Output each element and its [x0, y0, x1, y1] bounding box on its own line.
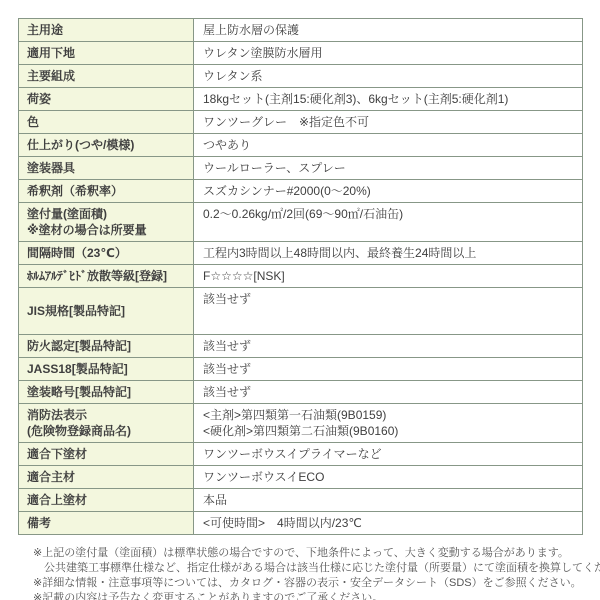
table-row: 塗装略号[製品特記] 該当せず: [19, 381, 583, 404]
spec-label: 適合主材: [27, 469, 189, 485]
spec-value: ウールローラー、スプレー: [203, 160, 576, 176]
spec-label-cell: 間隔時間（23℃）: [19, 242, 194, 265]
spec-value-cell: 該当せず: [194, 381, 583, 404]
spec-label-cell: 塗付量(塗面積) ※塗材の場合は所要量: [19, 203, 194, 242]
spec-label-cell: 塗装略号[製品特記]: [19, 381, 194, 404]
spec-label-cell: 色: [19, 111, 194, 134]
spec-value-cell: 該当せず: [194, 335, 583, 358]
spec-label: 塗装略号[製品特記]: [27, 384, 189, 400]
spec-value-cell: ワンツーボウスイプライマーなど: [194, 443, 583, 466]
spec-label-cell: JIS規格[製品特記]: [19, 288, 194, 335]
spec-label-cell: 防火認定[製品特記]: [19, 335, 194, 358]
spec-label-cell: 備考: [19, 512, 194, 535]
spec-value-cell: ウールローラー、スプレー: [194, 157, 583, 180]
table-row: 適用下地 ウレタン塗膜防水層用: [19, 42, 583, 65]
spec-value-cell: 18kgセット(主剤15:硬化剤3)、6kgセット(主剤5:硬化剤1): [194, 88, 583, 111]
spec-value-cell: 本品: [194, 489, 583, 512]
spec-value-cell: F☆☆☆☆[NSK]: [194, 265, 583, 288]
footnote-line: 公共建築工事標準仕様など、指定仕様がある場合は該当仕様に応じた塗付量（所要量）に…: [33, 561, 583, 576]
spec-value-cell: ウレタン系: [194, 65, 583, 88]
spec-value: ワンツーグレー ※指定色不可: [203, 114, 576, 130]
table-row: 備考 <可使時間> 4時間以内/23℃: [19, 512, 583, 535]
spec-value-cell: 屋上防水層の保護: [194, 19, 583, 42]
spec-value-cell: スズカシンナー#2000(0～20%): [194, 180, 583, 203]
spec-label-cell: 適合主材: [19, 466, 194, 489]
spec-label: 防火認定[製品特記]: [27, 338, 189, 354]
spec-label: 適合上塗材: [27, 492, 189, 508]
table-row: 主用途 屋上防水層の保護: [19, 19, 583, 42]
spec-label-cell: 消防法表示 (危険物登録商品名): [19, 404, 194, 443]
spec-label: ﾎﾙﾑｱﾙﾃﾞﾋﾄﾞ放散等級[登録]: [27, 268, 189, 284]
spec-value: 工程内3時間以上48時間以内、最終養生24時間以上: [203, 245, 576, 261]
table-row: 荷姿 18kgセット(主剤15:硬化剤3)、6kgセット(主剤5:硬化剤1): [19, 88, 583, 111]
table-row: 防火認定[製品特記] 該当せず: [19, 335, 583, 358]
spec-value: スズカシンナー#2000(0～20%): [203, 183, 576, 199]
spec-value: 該当せず: [203, 361, 576, 377]
spec-value: ワンツーボウスイプライマーなど: [203, 446, 576, 462]
spec-label: 塗装器具: [27, 160, 189, 176]
spec-value: 本品: [203, 492, 576, 508]
table-row: JASS18[製品特記] 該当せず: [19, 358, 583, 381]
table-row: 塗付量(塗面積) ※塗材の場合は所要量 0.2～0.26kg/㎡/2回(69～9…: [19, 203, 583, 242]
spec-label: JIS規格[製品特記]: [27, 303, 189, 319]
spec-label-cell: 荷姿: [19, 88, 194, 111]
spec-label-cell: 主用途: [19, 19, 194, 42]
spec-label-line2: ※塗材の場合は所要量: [27, 222, 189, 238]
product-spec-table: 主用途 屋上防水層の保護 適用下地 ウレタン塗膜防水層用 主要組成 ウレタン系 …: [18, 18, 583, 535]
footnotes: ※上記の塗付量（塗面積）は標準状態の場合ですので、下地条件によって、大きく変動す…: [18, 535, 583, 600]
table-row: JIS規格[製品特記] 該当せず: [19, 288, 583, 335]
spec-value: 18kgセット(主剤15:硬化剤3)、6kgセット(主剤5:硬化剤1): [203, 91, 576, 107]
spec-label-cell: 適合上塗材: [19, 489, 194, 512]
table-row: 主要組成 ウレタン系: [19, 65, 583, 88]
spec-value: 該当せず: [203, 384, 576, 400]
table-row: 消防法表示 (危険物登録商品名) <主剤>第四類第一石油類(9B0159) <硬…: [19, 404, 583, 443]
spec-value: つやあり: [203, 137, 576, 153]
spec-label-cell: 希釈剤（希釈率）: [19, 180, 194, 203]
spec-value-cell: <主剤>第四類第一石油類(9B0159) <硬化剤>第四類第二石油類(9B016…: [194, 404, 583, 443]
spec-value: 屋上防水層の保護: [203, 22, 576, 38]
spec-label: JASS18[製品特記]: [27, 361, 189, 377]
spec-label-cell: 仕上がり(つや/模様): [19, 134, 194, 157]
table-row: 仕上がり(つや/模様) つやあり: [19, 134, 583, 157]
spec-value: ウレタン塗膜防水層用: [203, 45, 576, 61]
spec-label: 希釈剤（希釈率）: [27, 183, 189, 199]
spec-value: <主剤>第四類第一石油類(9B0159): [203, 407, 576, 423]
spec-value-cell: <可使時間> 4時間以内/23℃: [194, 512, 583, 535]
spec-label: 主用途: [27, 22, 189, 38]
footnote-line: ※上記の塗付量（塗面積）は標準状態の場合ですので、下地条件によって、大きく変動す…: [33, 546, 583, 561]
spec-label-line2: (危険物登録商品名): [27, 423, 189, 439]
table-row: 適合下塗材 ワンツーボウスイプライマーなど: [19, 443, 583, 466]
table-row: 適合上塗材 本品: [19, 489, 583, 512]
spec-value-line2: <硬化剤>第四類第二石油類(9B0160): [203, 423, 576, 439]
spec-value-cell: 0.2～0.26kg/㎡/2回(69～90㎡/石油缶): [194, 203, 583, 242]
spec-value-cell: 該当せず: [194, 358, 583, 381]
spec-value: ウレタン系: [203, 68, 576, 84]
table-row: 色 ワンツーグレー ※指定色不可: [19, 111, 583, 134]
spec-value: ワンツーボウスイECO: [203, 469, 576, 485]
spec-label-cell: JASS18[製品特記]: [19, 358, 194, 381]
spec-label-cell: 主要組成: [19, 65, 194, 88]
spec-value-cell: つやあり: [194, 134, 583, 157]
spec-value: 0.2～0.26kg/㎡/2回(69～90㎡/石油缶): [203, 206, 576, 222]
footnote-line: ※詳細な情報・注意事項等については、カタログ・容器の表示・安全データシート（SD…: [33, 576, 583, 591]
spec-value: 該当せず: [203, 338, 576, 354]
spec-label: 間隔時間（23℃）: [27, 245, 189, 261]
spec-label: 仕上がり(つや/模様): [27, 137, 189, 153]
spec-value-cell: ワンツーグレー ※指定色不可: [194, 111, 583, 134]
spec-label: 色: [27, 114, 189, 130]
table-row: 塗装器具 ウールローラー、スプレー: [19, 157, 583, 180]
spec-value: 該当せず: [203, 291, 576, 307]
table-row: 間隔時間（23℃） 工程内3時間以上48時間以内、最終養生24時間以上: [19, 242, 583, 265]
spec-label: 適用下地: [27, 45, 189, 61]
spec-value-cell: ワンツーボウスイECO: [194, 466, 583, 489]
spec-label: 塗付量(塗面積): [27, 206, 189, 222]
spec-label-cell: 塗装器具: [19, 157, 194, 180]
spec-label-cell: 適合下塗材: [19, 443, 194, 466]
spec-label-cell: ﾎﾙﾑｱﾙﾃﾞﾋﾄﾞ放散等級[登録]: [19, 265, 194, 288]
spec-value-cell: ウレタン塗膜防水層用: [194, 42, 583, 65]
table-row: 希釈剤（希釈率） スズカシンナー#2000(0～20%): [19, 180, 583, 203]
spec-label: 備考: [27, 515, 189, 531]
spec-page: 主用途 屋上防水層の保護 適用下地 ウレタン塗膜防水層用 主要組成 ウレタン系 …: [0, 0, 600, 600]
spec-value: F☆☆☆☆[NSK]: [203, 268, 576, 284]
spec-label: 荷姿: [27, 91, 189, 107]
spec-value-cell: 工程内3時間以上48時間以内、最終養生24時間以上: [194, 242, 583, 265]
spec-value-cell: 該当せず: [194, 288, 583, 335]
table-row: ﾎﾙﾑｱﾙﾃﾞﾋﾄﾞ放散等級[登録] F☆☆☆☆[NSK]: [19, 265, 583, 288]
spec-label-cell: 適用下地: [19, 42, 194, 65]
spec-label: 消防法表示: [27, 407, 189, 423]
spec-label: 適合下塗材: [27, 446, 189, 462]
table-row: 適合主材 ワンツーボウスイECO: [19, 466, 583, 489]
spec-value: <可使時間> 4時間以内/23℃: [203, 515, 576, 531]
footnote-line: ※記載の内容は予告なく変更することがありますのでご了承ください。: [33, 591, 583, 600]
spec-label: 主要組成: [27, 68, 189, 84]
